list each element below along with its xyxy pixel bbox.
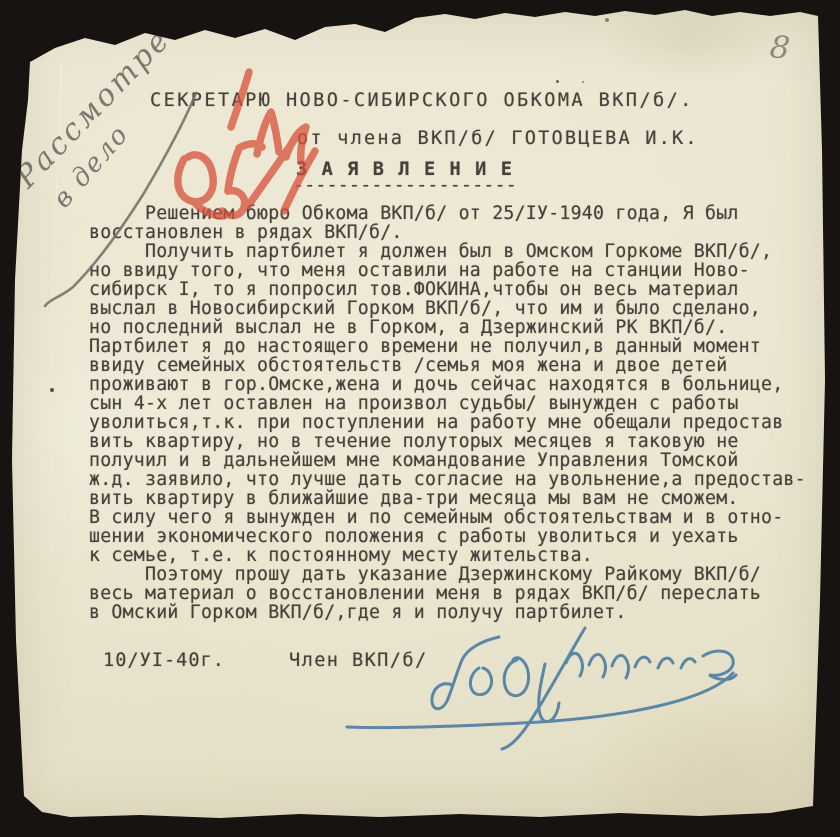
document-paper: 8 Рассмотрен в дело СЕКРЕТАРЮ НОВО-СИБИР… (0, 0, 840, 837)
pencil-curve-stroke (45, 93, 196, 306)
archival-scan: 8 Рассмотрен в дело СЕКРЕТАРЮ НОВО-СИБИР… (0, 0, 840, 837)
red-crayon-date-mark (178, 72, 315, 216)
handwritten-marks-layer (0, 0, 840, 837)
signature-ink (347, 628, 736, 749)
